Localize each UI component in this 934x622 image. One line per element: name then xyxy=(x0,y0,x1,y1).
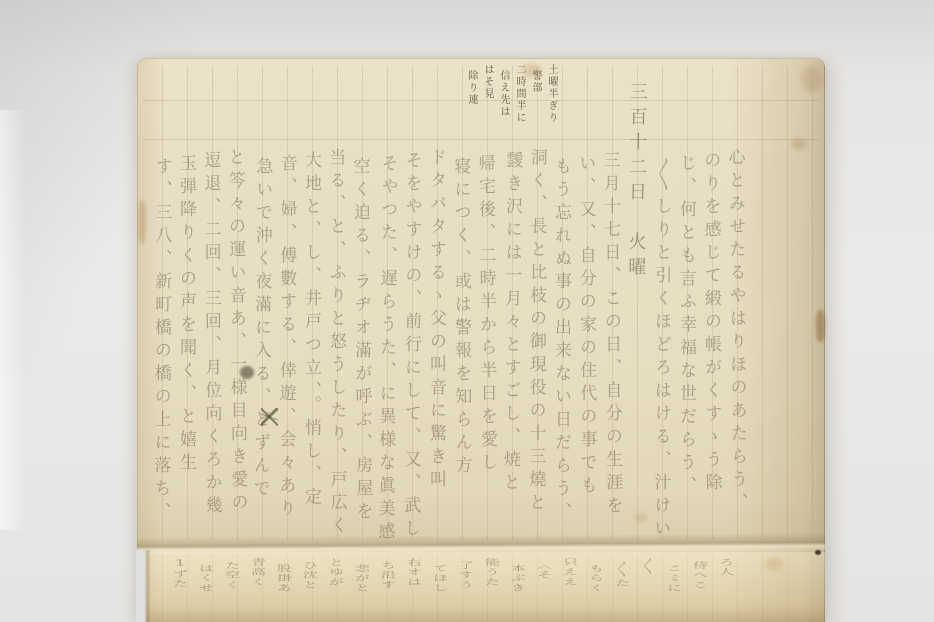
manuscript-column: じ、何とも言ふ幸福な世だらう、 xyxy=(675,154,697,499)
manuscript-column: 三百十二日 火曜 xyxy=(624,82,648,282)
ruled-header-line xyxy=(143,139,819,140)
manuscript-column: 玉弾降りくの声を聞く、と嬉生 xyxy=(175,154,197,476)
below-fold-column: ろ人 xyxy=(716,558,737,578)
scribbled-out-character xyxy=(261,408,278,426)
manuscript-column: のりを感じて緞の帳がくすゝう除 xyxy=(699,151,723,496)
manuscript-column: す、三八、新町橋の橋の上に落ち、 xyxy=(149,157,173,525)
below-fold-column: 了すう xyxy=(456,561,477,591)
ruled-vertical-line xyxy=(787,66,788,540)
manuscript-column: もう忘れぬ事の出来ない日だらう、 xyxy=(550,157,572,525)
manuscript-column: 大地と、し、井戸つ立、。悄し、定 xyxy=(300,151,322,511)
below-fold-column: 悲がと xyxy=(352,564,373,594)
top-annotation-column: 除り連 xyxy=(464,70,479,106)
below-fold-column: もらく xyxy=(586,564,607,594)
below-fold-column: 〳〵 xyxy=(638,558,659,576)
below-fold-column: とゆが xyxy=(326,558,347,588)
manuscript-column: 帰宅後、二時半から半日を愛し xyxy=(474,154,499,476)
below-fold-column: 1ずた xyxy=(170,558,191,589)
below-fold-column: た空く xyxy=(222,561,243,591)
below-fold-column: 〳〵た xyxy=(612,561,633,589)
manuscript-column: 急いで沖く夜滿に入る、どずんで xyxy=(248,157,273,502)
manuscript-column: ドタバタするゝ父の叫音に驚き叫 xyxy=(425,148,447,493)
below-fold-column: 本ぶき xyxy=(508,564,529,594)
top-annotation-column: 二時間半に xyxy=(512,64,527,124)
below-fold-column: 侍へこ xyxy=(690,561,711,591)
manuscript-column: 〳〵しりと引くほどろはける、汁けい xyxy=(649,157,673,542)
ruled-header-line xyxy=(143,100,819,101)
below-fold-column: ひ沈と xyxy=(300,561,321,591)
manuscript-column: 洞く、長と比枝の御現役の十三燒と xyxy=(524,148,548,516)
below-fold-column: 青高く xyxy=(248,558,269,588)
top-annotation-column: 信え先は xyxy=(496,70,511,118)
ruled-vertical-line xyxy=(762,66,763,540)
manuscript-column: 当る、と、ふりと怒うしたり、戸広く xyxy=(324,148,348,539)
below-fold-column: 只ええ xyxy=(560,558,581,588)
manuscript-column: と笒々の運い音あ、一様目向き愛の xyxy=(223,148,248,516)
below-fold-column: 股掛あ xyxy=(274,564,295,594)
manuscript-column: そをやすけの、前行にして、又、武し xyxy=(399,151,423,542)
manuscript-column: 逗退、二回、三回、月位向くろか幾 xyxy=(199,151,223,519)
below-fold-column: ち沿す xyxy=(378,561,399,591)
notebook-page: 心とみせたるやはりほのあたらう、のりを感じて緞の帳がくすゝう除じ、何とも言ふ幸福… xyxy=(137,58,825,622)
below-fold-column: てほし xyxy=(430,564,451,594)
top-annotation-column: 土曜半ぎり xyxy=(544,64,559,124)
manuscript-column: 音、婦、傅數する、倖遊、会々あり xyxy=(274,154,298,522)
manuscript-column: 心とみせたるやはりほのあたらう、 xyxy=(723,148,748,516)
edge-stain xyxy=(816,310,825,342)
top-annotation-column: 警部 xyxy=(528,70,543,94)
left-edge-stain xyxy=(138,200,146,244)
below-fold-column: 右オは xyxy=(404,558,425,588)
manuscript-column: 三月十七日、この日、自分の生涯を xyxy=(598,151,623,519)
manuscript-column: そやつた、遅らうた、に異様な眞美感を xyxy=(373,154,398,546)
manuscript-column: 寝につく、或は警報を知らん方 xyxy=(449,157,472,479)
manuscript-column: 空く迫る、ラヂオ滿が呼ぶ、房屋を xyxy=(348,157,373,525)
manuscript-column: い、又、自分の家の住代の事でも xyxy=(574,154,598,499)
below-fold-column: 能うた xyxy=(482,558,503,588)
backdrop-highlight xyxy=(0,110,26,530)
top-annotation-column: はそ見 xyxy=(480,64,495,100)
ruled-vertical-line xyxy=(812,66,813,540)
below-fold-column: はくせ xyxy=(196,564,217,594)
below-fold-column: こミに xyxy=(664,564,685,594)
below-fold-column: 〈そ xyxy=(534,561,555,581)
manuscript-column: 靉き沢には一月々とすごし、焼と xyxy=(498,151,523,496)
lower-left-backdrop-notch xyxy=(136,550,151,622)
